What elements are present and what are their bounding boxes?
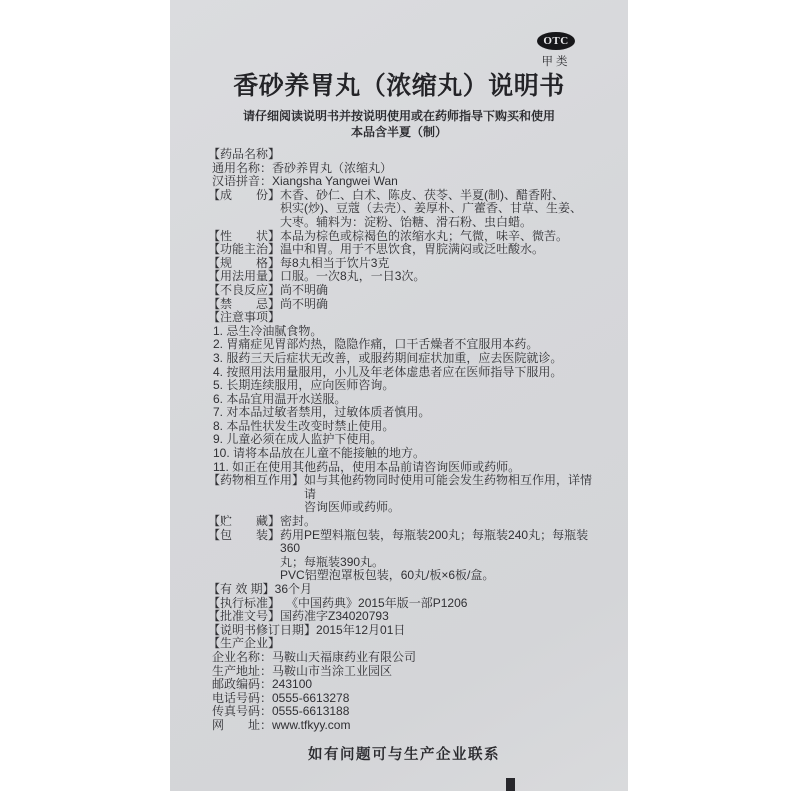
section-label: 【生产企业】 — [208, 637, 280, 651]
section-drug-name: 【药品名称】 — [208, 148, 600, 162]
section-label: 【不良反应】 — [208, 284, 280, 298]
section-label: 【用法用量】 — [208, 270, 280, 284]
section-manufacturer: 【生产企业】 — [208, 637, 600, 651]
packaging-line: 药用PE塑料瓶包装，每瓶装200丸；每瓶装240丸；每瓶装360 — [280, 529, 600, 556]
section-validity: 【有 效 期】 36个月 — [208, 583, 600, 597]
section-label: 【批准文号】 — [208, 610, 280, 624]
interactions-line: 如与其他药物同时使用可能会发生药物相互作用，详情请 — [304, 474, 600, 501]
usage-notice-line2: 本品含半夏（制） — [170, 125, 628, 141]
indications-text: 温中和胃。用于不思饮食，胃脘满闷或泛吐酸水。 — [280, 243, 600, 257]
otc-badge-icon: OTC — [537, 32, 575, 50]
section-label: 【有 效 期】 — [208, 583, 275, 597]
revision-date-text: 2015年12月01日 — [316, 624, 600, 638]
section-label: 【包 装】 — [208, 529, 280, 543]
section-label: 【药物相互作用】 — [208, 474, 304, 488]
precautions-list: 1. 忌生冷油腻食物。 2. 胃痛症见胃部灼热，隐隐作痛，口干舌燥者不宜服用本药… — [208, 325, 600, 475]
ingredients-line: 枳实(炒)、豆蔻（去壳）、姜厚朴、广藿香、甘草、生姜、 — [280, 202, 600, 216]
manufacturer-fax-line: 传真号码：0555-6613188 — [208, 705, 600, 719]
section-adverse-reactions: 【不良反应】 尚不明确 — [208, 284, 600, 298]
interactions-line: 咨询医师或药师。 — [304, 501, 600, 515]
section-interactions: 【药物相互作用】 如与其他药物同时使用可能会发生药物相互作用，详情请 咨询医师或… — [208, 474, 600, 515]
dosage-text: 口服。一次8丸，一日3次。 — [280, 270, 600, 284]
section-label: 【药品名称】 — [208, 148, 280, 162]
section-dosage: 【用法用量】 口服。一次8丸，一日3次。 — [208, 270, 600, 284]
section-ingredients: 【成 份】 木香、砂仁、白术、陈皮、茯苓、半夏(制)、醋香附、 枳实(炒)、豆蔻… — [208, 189, 600, 230]
validity-text: 36个月 — [275, 583, 600, 597]
otc-mark-group: OTC 甲类 — [534, 32, 578, 69]
pinyin-line: 汉语拼音：Xiangsha Yangwei Wan — [208, 175, 600, 189]
section-label: 【成 份】 — [208, 189, 280, 203]
section-storage: 【贮 藏】 密封。 — [208, 515, 600, 529]
section-label: 【贮 藏】 — [208, 515, 280, 529]
interactions-content: 如与其他药物同时使用可能会发生药物相互作用，详情请 咨询医师或药师。 — [304, 474, 600, 515]
adverse-reactions-text: 尚不明确 — [280, 284, 600, 298]
precaution-item: 5. 长期连续服用，应向医师咨询。 — [208, 379, 600, 393]
contact-footer: 如有问题可与生产企业联系 — [208, 749, 600, 763]
section-approval-number: 【批准文号】 国药准字Z34020793 — [208, 610, 600, 624]
precaution-item: 7. 对本品过敏者禁用，过敏体质者慎用。 — [208, 406, 600, 420]
print-registration-mark — [506, 778, 515, 791]
precaution-item: 10. 请将本品放在儿童不能接触的地方。 — [208, 447, 600, 461]
manufacturer-postcode-line: 邮政编码：243100 — [208, 678, 600, 692]
manufacturer-company-line: 企业名称：马鞍山天福康药业有限公司 — [208, 651, 600, 665]
approval-number-text: 国药准字Z34020793 — [280, 610, 600, 624]
contraindications-text: 尚不明确 — [280, 298, 600, 312]
ingredients-line: 大枣。辅料为：淀粉、饴糖、滑石粉、虫白蜡。 — [280, 216, 600, 230]
usage-notice-line1: 请仔细阅读说明书并按说明使用或在药师指导下购买和使用 — [170, 109, 628, 125]
storage-text: 密封。 — [280, 515, 600, 529]
packaging-content: 药用PE塑料瓶包装，每瓶装200丸；每瓶装240丸；每瓶装360 丸；每瓶装39… — [280, 529, 600, 583]
section-label: 【功能主治】 — [208, 243, 280, 257]
section-label: 【注意事项】 — [208, 311, 280, 325]
usage-notice: 请仔细阅读说明书并按说明使用或在药师指导下购买和使用 本品含半夏（制） — [170, 109, 628, 140]
otc-category-label: 甲类 — [534, 53, 578, 69]
manufacturer-website-line: 网 址：www.tfkyy.com — [208, 719, 600, 733]
precaution-item: 3. 服药三天后症状无改善，或服药期间症状加重，应去医院就诊。 — [208, 352, 600, 366]
leaflet-body: 【药品名称】 通用名称：香砂养胃丸（浓缩丸） 汉语拼音：Xiangsha Yan… — [170, 148, 628, 762]
leaflet-paper: OTC 甲类 香砂养胃丸（浓缩丸）说明书 请仔细阅读说明书并按说明使用或在药师指… — [170, 0, 628, 791]
ingredients-content: 木香、砂仁、白术、陈皮、茯苓、半夏(制)、醋香附、 枳实(炒)、豆蔻（去壳）、姜… — [280, 189, 600, 230]
precaution-item: 2. 胃痛症见胃部灼热，隐隐作痛，口干舌燥者不宜服用本药。 — [208, 338, 600, 352]
section-precautions: 【注意事项】 — [208, 311, 600, 325]
section-packaging: 【包 装】 药用PE塑料瓶包装，每瓶装200丸；每瓶装240丸；每瓶装360 丸… — [208, 529, 600, 583]
packaging-line: PVC铝塑泡罩板包装，60丸/板×6板/盒。 — [280, 569, 600, 583]
section-indications: 【功能主治】 温中和胃。用于不思饮食，胃脘满闷或泛吐酸水。 — [208, 243, 600, 257]
